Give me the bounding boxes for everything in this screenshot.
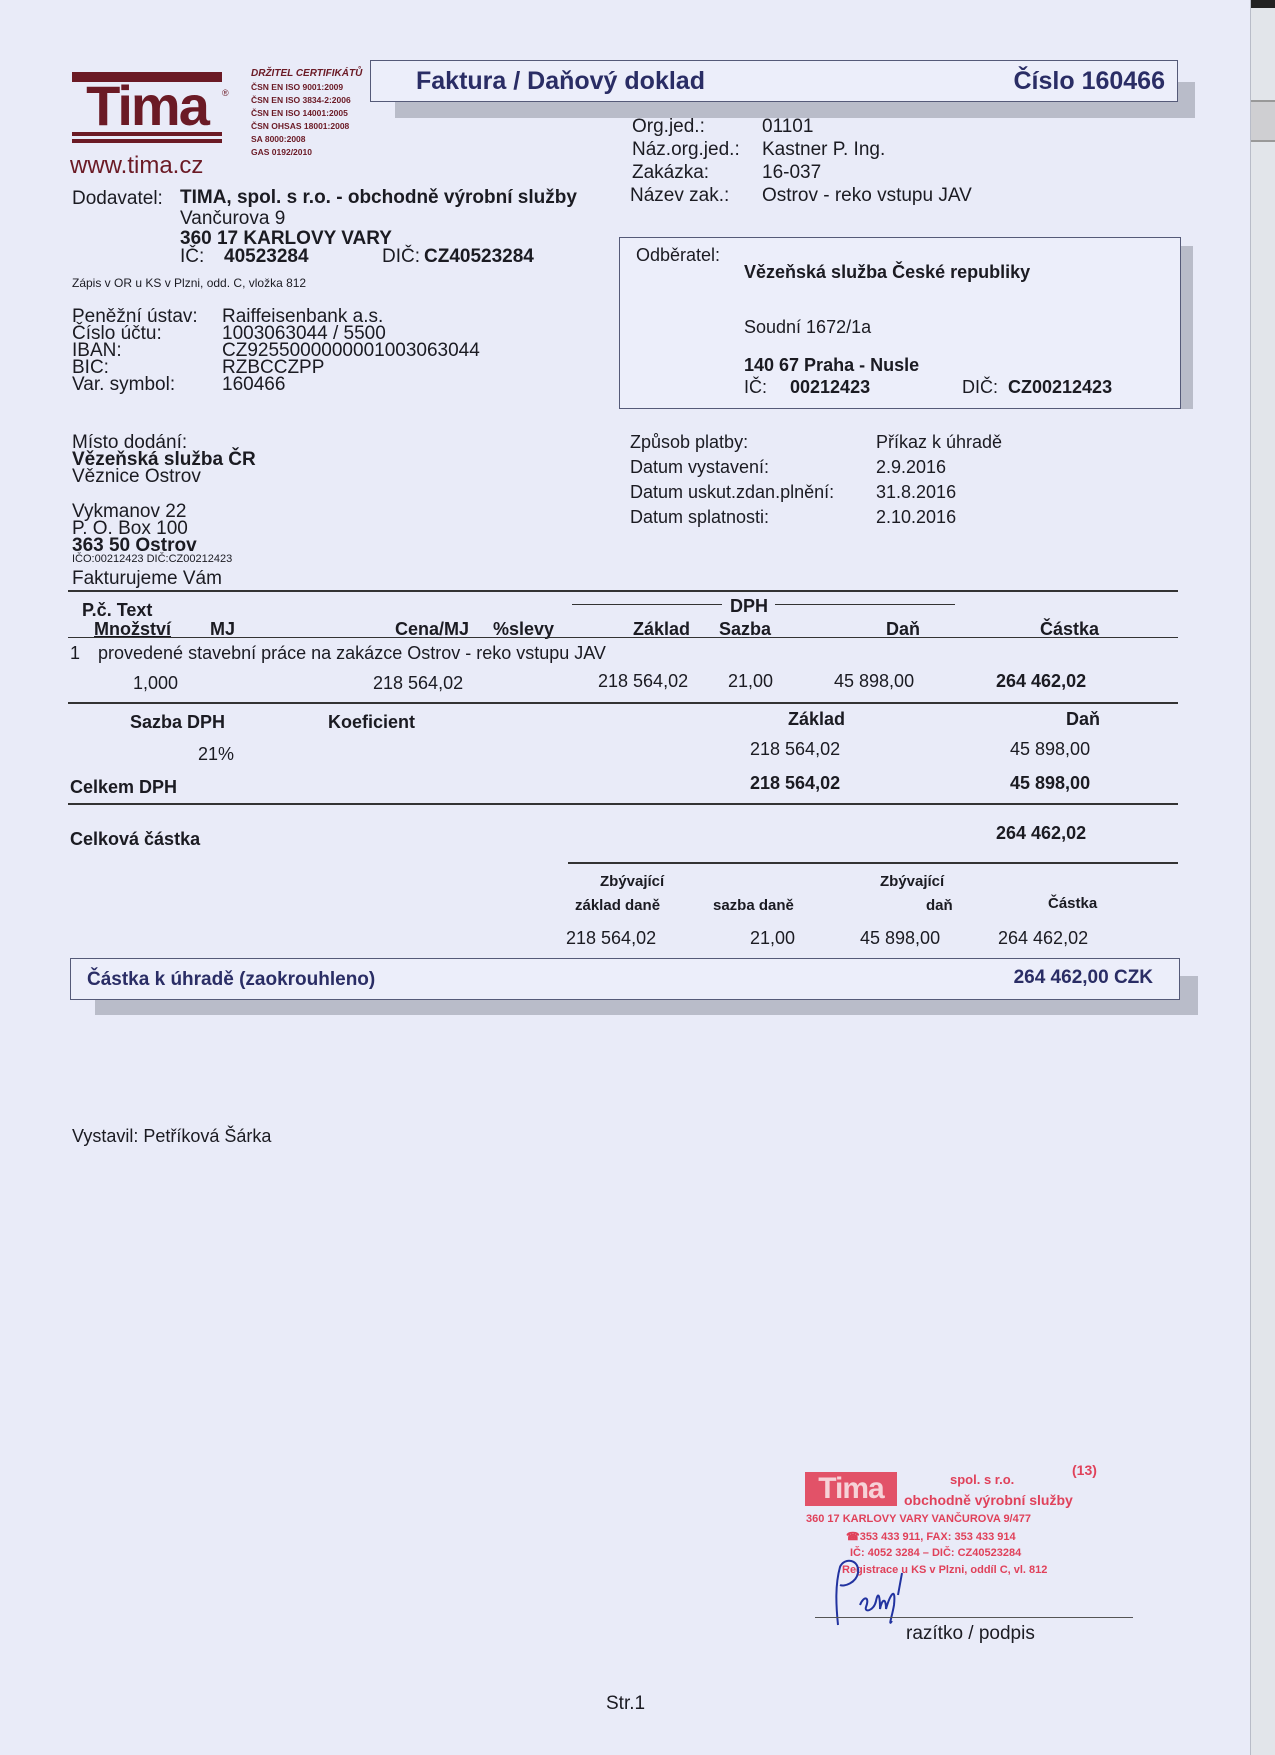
issue-date-value: 2.9.2016 bbox=[876, 457, 946, 478]
remaining-rate-header: sazba daně bbox=[713, 897, 794, 914]
customer-ic-label: IČ: bbox=[744, 377, 767, 398]
item-amount: 264 462,02 bbox=[996, 671, 1086, 692]
vat-coef-header: Koeficient bbox=[328, 712, 415, 733]
stamp-line: ☎353 433 911, FAX: 353 433 914 bbox=[846, 1530, 1016, 1543]
org-unit-name-label: Náz.org.jed.: bbox=[632, 139, 740, 161]
vat-total-label: Celkem DPH bbox=[70, 777, 177, 798]
customer-city: 140 67 Praha - Nusle bbox=[744, 355, 919, 376]
total-value: 264 462,02 bbox=[996, 823, 1086, 844]
customer-dic: CZ00212423 bbox=[1008, 377, 1112, 398]
issue-date-label: Datum vystavení: bbox=[630, 457, 769, 478]
certificate: ČSN OHSAS 18001:2008 bbox=[251, 120, 362, 133]
remaining-amount: 264 462,02 bbox=[998, 928, 1088, 949]
customer-box-shadow bbox=[1180, 246, 1193, 409]
order-value: 16-037 bbox=[762, 162, 821, 184]
vat-total-base: 218 564,02 bbox=[750, 773, 840, 794]
logo-wordmark: Tima bbox=[72, 77, 222, 135]
supplier-ic-label: IČ: bbox=[180, 246, 204, 268]
remaining-rate: 21,00 bbox=[750, 928, 795, 949]
dph-group-line bbox=[572, 604, 722, 605]
item-quantity: 1,000 bbox=[133, 673, 178, 694]
variable-symbol-label: Var. symbol: bbox=[72, 376, 175, 394]
amount-due-value: 264 462,00 CZK bbox=[1014, 967, 1153, 989]
issued-by: Vystavil: Petříková Šárka bbox=[72, 1126, 271, 1147]
order-label: Zakázka: bbox=[632, 162, 709, 184]
item-base: 218 564,02 bbox=[598, 671, 688, 692]
certificate: ČSN EN ISO 14001:2005 bbox=[251, 107, 362, 120]
certificates: DRŽITEL CERTIFIKÁTŮ ČSN EN ISO 9001:2009… bbox=[251, 68, 362, 159]
item-no: 1 bbox=[70, 643, 80, 664]
vat-base: 218 564,02 bbox=[750, 739, 840, 760]
certificate: GAS 0192/2010 bbox=[251, 146, 362, 159]
remaining-base-header-1: Zbývající bbox=[600, 873, 664, 890]
variable-symbol-value: 160466 bbox=[222, 376, 285, 394]
remaining-tax-header-2: daň bbox=[926, 897, 953, 914]
customer-name: Vězeňská služba České republiky bbox=[744, 262, 1030, 283]
supplier-registration: Zápis v OR u KS v Plzni, odd. C, vložka … bbox=[72, 276, 306, 290]
item-unit-price: 218 564,02 bbox=[373, 673, 463, 694]
signature-line bbox=[815, 1617, 1133, 1618]
stamp-line: obchodně výrobní služby bbox=[904, 1492, 1073, 1508]
divider bbox=[68, 590, 1178, 592]
certificate: ČSN EN ISO 3834-2:2006 bbox=[251, 94, 362, 107]
divider bbox=[68, 702, 1178, 704]
amount-due-box: Částka k úhradě (zaokrouhleno) 264 462,0… bbox=[70, 958, 1180, 1000]
item-rate: 21,00 bbox=[728, 671, 773, 692]
dph-group-label: DPH bbox=[730, 596, 768, 617]
divider bbox=[568, 862, 1178, 864]
signature-label: razítko / podpis bbox=[906, 1623, 1035, 1645]
divider bbox=[68, 803, 1178, 805]
org-unit-name-value: Kastner P. Ing. bbox=[762, 139, 885, 161]
scan-edge bbox=[1250, 0, 1275, 1755]
tima-logo: Tima ® bbox=[72, 72, 222, 144]
order-name-value: Ostrov - reko vstupu JAV bbox=[762, 185, 972, 207]
remaining-tax: 45 898,00 bbox=[860, 928, 940, 949]
order-name-label: Název zak.: bbox=[630, 185, 729, 207]
customer-dic-label: DIČ: bbox=[962, 377, 998, 398]
org-unit-label: Org.jed.: bbox=[632, 116, 705, 138]
header-underline bbox=[68, 637, 1178, 638]
certificate: ČSN EN ISO 9001:2009 bbox=[251, 81, 362, 94]
certificates-title: DRŽITEL CERTIFIKÁTŮ bbox=[251, 68, 362, 79]
vat-rate-header: Sazba DPH bbox=[130, 712, 225, 733]
tax-date-value: 31.8.2016 bbox=[876, 482, 956, 503]
signature bbox=[830, 1555, 920, 1630]
supplier-street: Vančurova 9 bbox=[180, 208, 285, 230]
stamp-line: 360 17 KARLOVY VARY VANČUROVA 9/477 bbox=[806, 1513, 1031, 1525]
logo-bar bbox=[72, 139, 222, 143]
tax-date-label: Datum uskut.zdan.plnění: bbox=[630, 482, 834, 503]
invoice-page: Tima ® www.tima.cz DRŽITEL CERTIFIKÁTŮ Č… bbox=[0, 0, 1250, 1755]
remaining-base-header-2: základ daně bbox=[575, 897, 660, 914]
remaining-amount-header: Částka bbox=[1048, 895, 1097, 912]
due-date-value: 2.10.2016 bbox=[876, 507, 956, 528]
payment-method-label: Způsob platby: bbox=[630, 432, 748, 453]
due-date-label: Datum splatnosti: bbox=[630, 507, 769, 528]
col-header-pc-text: P.č. Text bbox=[82, 600, 152, 621]
dph-group-line bbox=[775, 604, 955, 605]
vat-rate: 21% bbox=[198, 744, 234, 765]
remaining-base: 218 564,02 bbox=[566, 928, 656, 949]
scan-edge-band bbox=[1251, 100, 1275, 142]
document-number: Číslo 160466 bbox=[1014, 67, 1166, 96]
vat-total-tax: 45 898,00 bbox=[1010, 773, 1090, 794]
stamp-line: spol. s r.o. bbox=[950, 1472, 1014, 1487]
item-tax: 45 898,00 bbox=[834, 671, 914, 692]
payment-method-value: Příkaz k úhradě bbox=[876, 432, 1002, 453]
title-box: Faktura / Daňový doklad Číslo 160466 bbox=[370, 60, 1178, 102]
stamp-number: (13) bbox=[1072, 1462, 1097, 1478]
website-link[interactable]: www.tima.cz bbox=[70, 152, 203, 180]
delivery-ids: IČO:00212423 DIČ:CZ00212423 bbox=[72, 553, 232, 565]
delivery-subname: Věznice Ostrov bbox=[72, 468, 201, 486]
remaining-tax-header-1: Zbývající bbox=[880, 873, 944, 890]
supplier-label: Dodavatel: bbox=[72, 188, 163, 210]
certificate: SA 8000:2008 bbox=[251, 133, 362, 146]
customer-street: Soudní 1672/1a bbox=[744, 317, 871, 338]
supplier-ic: 40523284 bbox=[224, 246, 309, 268]
vat-base-header: Základ bbox=[788, 709, 845, 730]
amount-due-label: Částka k úhradě (zaokrouhleno) bbox=[87, 969, 375, 991]
registered-mark: ® bbox=[222, 88, 229, 98]
supplier-dic-label: DIČ: bbox=[382, 246, 420, 268]
stamp-logo: Tima bbox=[805, 1472, 897, 1506]
vat-tax-header: Daň bbox=[1066, 709, 1100, 730]
title-shadow bbox=[1177, 82, 1195, 118]
supplier-name: TIMA, spol. s r.o. - obchodně výrobní sl… bbox=[180, 187, 577, 209]
customer-ic: 00212423 bbox=[790, 377, 870, 398]
customer-label: Odběratel: bbox=[636, 245, 720, 266]
scan-edge-mark bbox=[1251, 0, 1275, 8]
total-label: Celková částka bbox=[70, 829, 200, 850]
logo-bar bbox=[72, 132, 222, 136]
invoice-intro: Fakturujeme Vám bbox=[72, 568, 222, 590]
org-unit-value: 01101 bbox=[762, 116, 813, 138]
supplier-dic: CZ40523284 bbox=[424, 246, 534, 268]
document-title: Faktura / Daňový doklad bbox=[416, 67, 705, 96]
vat-tax: 45 898,00 bbox=[1010, 739, 1090, 760]
page-number: Str.1 bbox=[606, 1693, 645, 1715]
item-text: provedené stavební práce na zakázce Ostr… bbox=[98, 643, 606, 664]
